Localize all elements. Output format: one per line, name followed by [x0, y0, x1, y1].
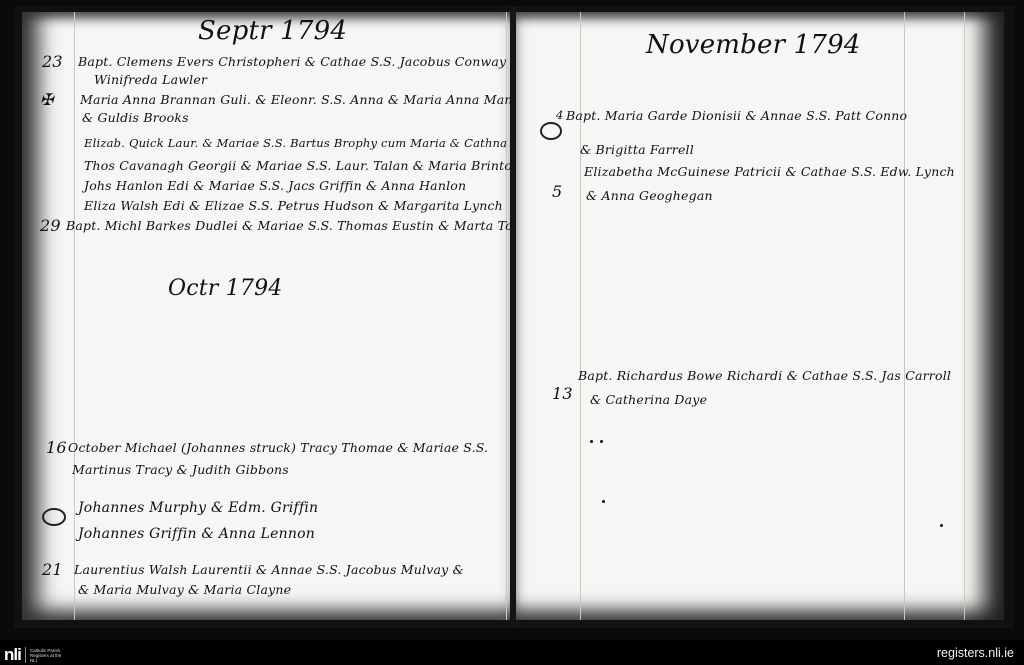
flourish-mark-icon: [540, 122, 562, 140]
entry-day: 29: [40, 216, 61, 235]
ink-dot: [602, 500, 605, 503]
entry-line: Bapt. Michl Barkes Dudlei & Mariae S.S. …: [66, 218, 512, 233]
register-image-viewer[interactable]: Septr 1794 23 Bapt. Clemens Evers Christ…: [0, 0, 1024, 640]
entry-line: & Brigitta Farrell: [580, 142, 694, 157]
margin-mark: ✠: [40, 90, 54, 109]
entry-line: Winifreda Lawler: [94, 72, 207, 87]
register-spread: Septr 1794 23 Bapt. Clemens Evers Christ…: [14, 6, 1014, 628]
month-heading-september: Septr 1794: [198, 16, 347, 46]
entry-day: 16: [46, 438, 67, 457]
month-heading-november: November 1794: [646, 30, 861, 60]
entry-day: 21: [42, 560, 63, 579]
ink-dot: [590, 440, 593, 443]
entry-line: Laurentius Walsh Laurentii & Annae S.S. …: [74, 562, 464, 577]
nli-logo-mark: nli: [4, 645, 21, 665]
registers-site-link[interactable]: registers.nli.ie: [937, 646, 1014, 660]
margin-rule: [580, 12, 581, 620]
logo-divider: [25, 647, 26, 663]
entry-line: & Guldis Brooks: [82, 110, 189, 125]
entry-day: 5: [552, 182, 562, 201]
entry-line: Maria Anna Brannan Guli. & Eleonr. S.S. …: [80, 92, 512, 107]
entry-line: Johannes Murphy & Edm. Griffin: [78, 500, 318, 516]
right-page: November 1794 4 Bapt. Maria Garde Dionis…: [516, 12, 1004, 620]
entry-line: Martinus Tracy & Judith Gibbons: [72, 462, 289, 477]
footer-bar: [0, 640, 1024, 665]
entry-line: Johannes Griffin & Anna Lennon: [78, 526, 315, 542]
entry-line: & Catherina Daye: [590, 392, 707, 407]
ink-dot: [940, 524, 943, 527]
entry-day: 23: [42, 52, 63, 71]
entry-line: Bapt. Maria Garde Dionisii & Annae S.S. …: [566, 108, 907, 123]
entry-line: Elizabetha McGuinese Patricii & Cathae S…: [584, 164, 955, 179]
nli-logo[interactable]: nli Catholic Parish Registers at the NLI: [4, 645, 66, 665]
nli-logo-text: Catholic Parish Registers at the NLI: [30, 648, 66, 663]
entry-line: Bapt. Richardus Bowe Richardi & Cathae S…: [578, 368, 951, 383]
ink-dot: [600, 440, 603, 443]
entry-line: Thos Cavanagh Georgii & Mariae S.S. Laur…: [84, 158, 512, 173]
left-page: Septr 1794 23 Bapt. Clemens Evers Christ…: [22, 12, 512, 620]
entry-line: Bapt. Clemens Evers Christopheri & Catha…: [78, 54, 512, 69]
column-rule: [904, 12, 905, 620]
entry-line: October Michael (Johannes struck) Tracy …: [68, 440, 488, 455]
entry-day: 4: [556, 108, 564, 122]
month-heading-october: Octr 1794: [168, 276, 283, 301]
entry-line: Eliza Walsh Edi & Elizae S.S. Petrus Hud…: [84, 198, 503, 213]
entry-line: & Anna Geoghegan: [586, 188, 713, 203]
entry-line: Elizab. Quick Laur. & Mariae S.S. Bartus…: [84, 136, 512, 150]
flourish-mark-icon: [42, 508, 66, 526]
entry-day: 13: [552, 384, 573, 403]
entry-line: & Maria Mulvay & Maria Clayne: [78, 582, 291, 597]
column-rule: [964, 12, 965, 620]
margin-rule: [74, 12, 75, 620]
entry-line: Johs Hanlon Edi & Mariae S.S. Jacs Griff…: [84, 178, 466, 193]
